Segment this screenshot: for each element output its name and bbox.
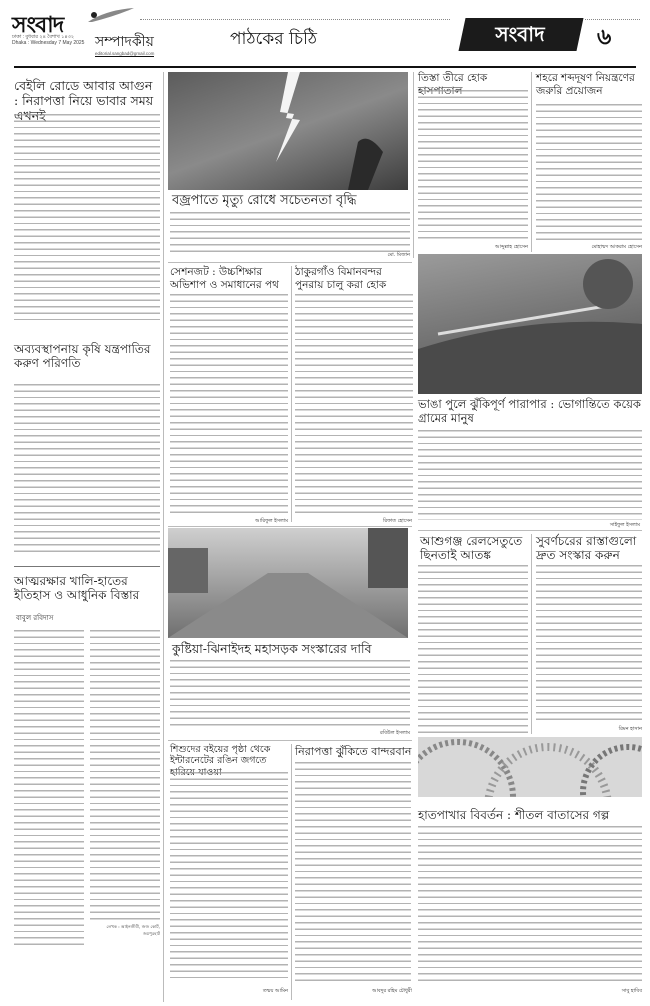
byline-noise: মোহাম্মদ আকরাম হোসেন bbox=[540, 244, 642, 252]
headline-higher-education[interactable]: সেশনজট : উচ্চশিক্ষার অভিশাপ ও সমাধানের প… bbox=[170, 266, 288, 291]
article-body-kushtia bbox=[170, 660, 410, 728]
column-divider bbox=[291, 266, 292, 522]
article-body-hand-fan bbox=[418, 826, 642, 986]
column-divider bbox=[291, 744, 292, 1000]
highway-photo bbox=[168, 528, 408, 638]
byline-subarnachar: রিমন হাসান bbox=[560, 726, 642, 734]
lightning-bolt-icon bbox=[168, 72, 408, 190]
headline-thakurgaon-airport[interactable]: ঠাকুরগাঁও বিমানবন্দর পুনরায় চালু করা হো… bbox=[295, 266, 413, 291]
article-body-subarnachar bbox=[536, 565, 642, 725]
hand-fan-photo bbox=[418, 737, 642, 797]
headline-subarnachar[interactable]: সুবর্ণচরের রাস্তাগুলো দ্রুত সংস্কার করুন bbox=[536, 534, 644, 563]
section-divider bbox=[168, 740, 412, 741]
headline-broken-bridge[interactable]: ভাঙা পুলে ঝুঁকিপূর্ণ পারাপার : ভোগান্তিত… bbox=[418, 398, 642, 426]
article-body-bridge bbox=[418, 430, 642, 520]
column-divider bbox=[531, 534, 532, 734]
quill-icon bbox=[86, 6, 136, 24]
headline-kushtia-highway[interactable]: কুষ্টিয়া-ঝিনাইদহ মহাসড়ক সংস্কারের দাবি bbox=[172, 641, 412, 656]
lightning-photo bbox=[168, 72, 408, 190]
byline-teesta: আব্দুল্লাহ হোসেন bbox=[450, 244, 528, 252]
byline-lightning: মো. মিজান bbox=[330, 252, 410, 260]
road-illustration bbox=[168, 528, 408, 638]
byline-higher-education: আরিফুল ইসলাম bbox=[200, 518, 288, 526]
column-divider bbox=[163, 72, 164, 1002]
headline-agri-machinery[interactable]: অব্যবস্থাপনায় কৃষি যন্ত্রপাতির করুণ পরি… bbox=[14, 342, 160, 371]
article-body-bandarban bbox=[295, 762, 411, 982]
section-divider bbox=[168, 262, 412, 263]
byline-bridge: সাইফুল ইসলাম bbox=[560, 522, 640, 530]
section-divider bbox=[418, 530, 642, 531]
article-body-thakurgaon bbox=[295, 294, 413, 516]
column-divider bbox=[413, 72, 414, 258]
dateline-en: Dhaka : Wednesday 7 May 2025 bbox=[12, 40, 84, 46]
headline-bandarban[interactable]: নিরাপত্তা ঝুঁকিতে বান্দরবান bbox=[295, 745, 415, 758]
headline-railway[interactable]: আশুগঞ্জ রেলসেতুতে ছিনতাই আতঙ্ক bbox=[420, 534, 528, 563]
headline-self-defense[interactable]: আত্মরক্ষার খালি-হাতের ইতিহাস ও আধুনিক বি… bbox=[14, 574, 160, 603]
headline-hand-fan[interactable]: হাতপাখার বিবর্তন : শীতল বাতাসের গল্প bbox=[418, 808, 642, 822]
article-body-noise bbox=[536, 104, 642, 240]
byline-children-books: তন্ময় আমিন bbox=[210, 988, 288, 996]
masthead-rule bbox=[14, 66, 636, 68]
byline-bandarban: আবদুর রহিম চৌধুরী bbox=[320, 988, 412, 996]
logo-right: সংবাদ bbox=[470, 20, 570, 53]
page-title: পাঠকের চিঠি bbox=[230, 26, 317, 54]
byline-thakurgaon: রিফাত হোসেন bbox=[330, 518, 412, 526]
byline-kushtia: রবিউল ইসলাম bbox=[330, 730, 410, 738]
hand-fan-illustration bbox=[418, 737, 642, 797]
section-divider bbox=[14, 566, 160, 567]
dotted-rule bbox=[585, 19, 640, 20]
article-body-bailey-road bbox=[14, 114, 160, 324]
article-body-higher-education bbox=[170, 294, 288, 516]
byline-self-defense: লেখক : আইনজীবী, জজ কোর্ট, জয়পুরহাট bbox=[90, 924, 160, 938]
editorial-email[interactable]: editorial.sangbad@gmail.com bbox=[95, 51, 154, 56]
bridge-photo bbox=[418, 254, 642, 394]
article-body-children-books bbox=[170, 772, 288, 982]
column-divider bbox=[531, 72, 532, 252]
article-body-self-defense-col2 bbox=[90, 630, 160, 920]
dateline: ঢাকা : বুধবার ২৪ বৈশাখ ১৪৩২ Dhaka : Wedn… bbox=[12, 34, 84, 46]
bridge-illustration bbox=[418, 254, 642, 394]
article-body-lightning bbox=[170, 212, 410, 252]
section-divider bbox=[168, 526, 412, 527]
dotted-rule bbox=[140, 19, 450, 20]
article-body-agri-machinery bbox=[14, 384, 160, 554]
article-body-self-defense-col1 bbox=[14, 630, 84, 950]
byline-hand-fan: সাবু হাবিব bbox=[560, 988, 642, 996]
article-body-teesta bbox=[418, 90, 528, 240]
page-number: ৬ bbox=[597, 20, 611, 57]
author-name: বাবুল রবিদাস bbox=[16, 612, 53, 624]
article-body-railway bbox=[418, 565, 528, 735]
headline-lightning[interactable]: বজ্রপাতে মৃত্যু রোধে সচেতনতা বৃদ্ধি bbox=[172, 193, 412, 209]
headline-noise-pollution[interactable]: শহরে শব্দদূষণ নিয়ন্ত্রণের জরুরি প্রয়োজ… bbox=[536, 72, 644, 97]
